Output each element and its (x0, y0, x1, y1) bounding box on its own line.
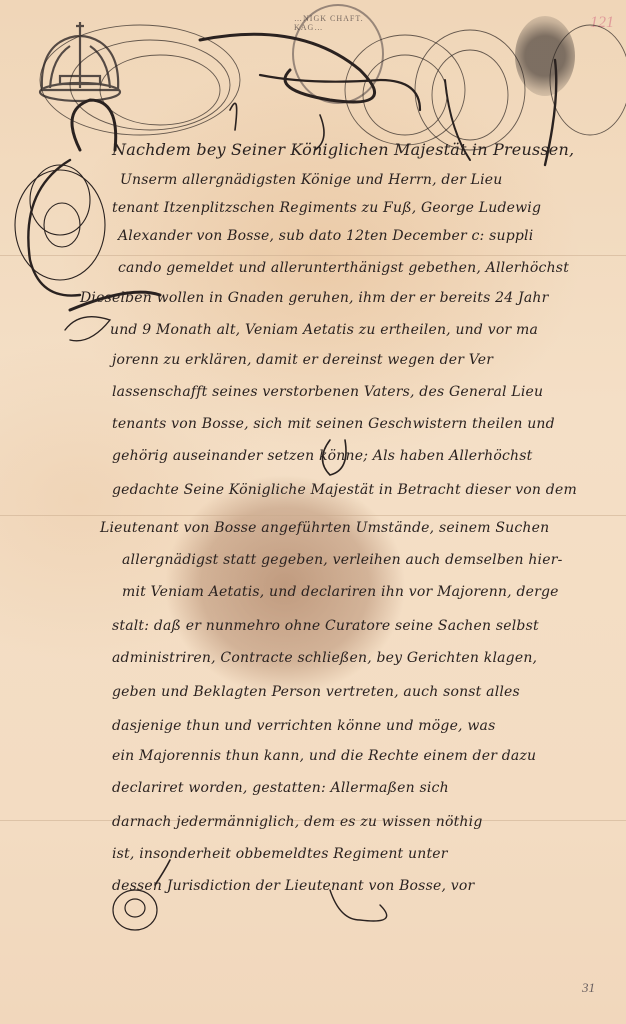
text-line: stalt: daß er nunmehro ohne Curatore sei… (112, 618, 539, 634)
text-line: tenants von Bosse, sich mit seinen Gesch… (112, 416, 555, 432)
text-line: mit Veniam Aetatis, und declariren ihn v… (122, 584, 559, 600)
manuscript-page: …NIGK CHAFT. KAG… 121 (0, 0, 626, 1024)
text-line: dasjenige thun und verrichten könne und … (112, 718, 495, 734)
archive-mark: 31 (582, 980, 595, 996)
text-line: Unserm allergnädigsten Könige und Herrn,… (120, 172, 502, 188)
text-line: geben und Beklagten Person vertreten, au… (112, 684, 520, 700)
text-line: gedachte Seine Königliche Majestät in Be… (112, 482, 577, 498)
text-line: declariret worden, gestatten: Allermaßen… (112, 780, 449, 796)
text-line: Nachdem bey Seiner Königlichen Majestät … (112, 140, 574, 159)
text-line: cando gemeldet und allerunterthänigst ge… (118, 260, 569, 276)
text-line: gehörig auseinander setzen könne; Als ha… (112, 448, 532, 464)
text-line: dessen Jurisdiction der Lieutenant von B… (112, 878, 474, 894)
text-line: tenant Itzenplitzschen Regiments zu Fuß,… (112, 200, 541, 216)
text-line: allergnädigst statt gegeben, verleihen a… (122, 552, 563, 568)
text-line: ein Majorennis thun kann, und die Rechte… (112, 748, 536, 764)
text-line: darnach jedermänniglich, dem es zu wisse… (112, 814, 483, 830)
text-line: ist, insonderheit obbemeldtes Regiment u… (112, 846, 448, 862)
text-line: Alexander von Bosse, sub dato 12ten Dece… (118, 228, 533, 244)
text-line: Lieutenant von Bosse angeführten Umständ… (100, 520, 549, 536)
text-line: und 9 Monath alt, Veniam Aetatis zu erth… (110, 322, 538, 338)
text-line: lassenschafft seines verstorbenen Vaters… (112, 384, 543, 400)
text-line: jorenn zu erklären, damit er dereinst we… (112, 352, 493, 368)
text-line: Dieselben wollen in Gnaden geruhen, ihm … (80, 290, 548, 306)
text-line: administriren, Contracte schließen, bey … (112, 650, 537, 666)
